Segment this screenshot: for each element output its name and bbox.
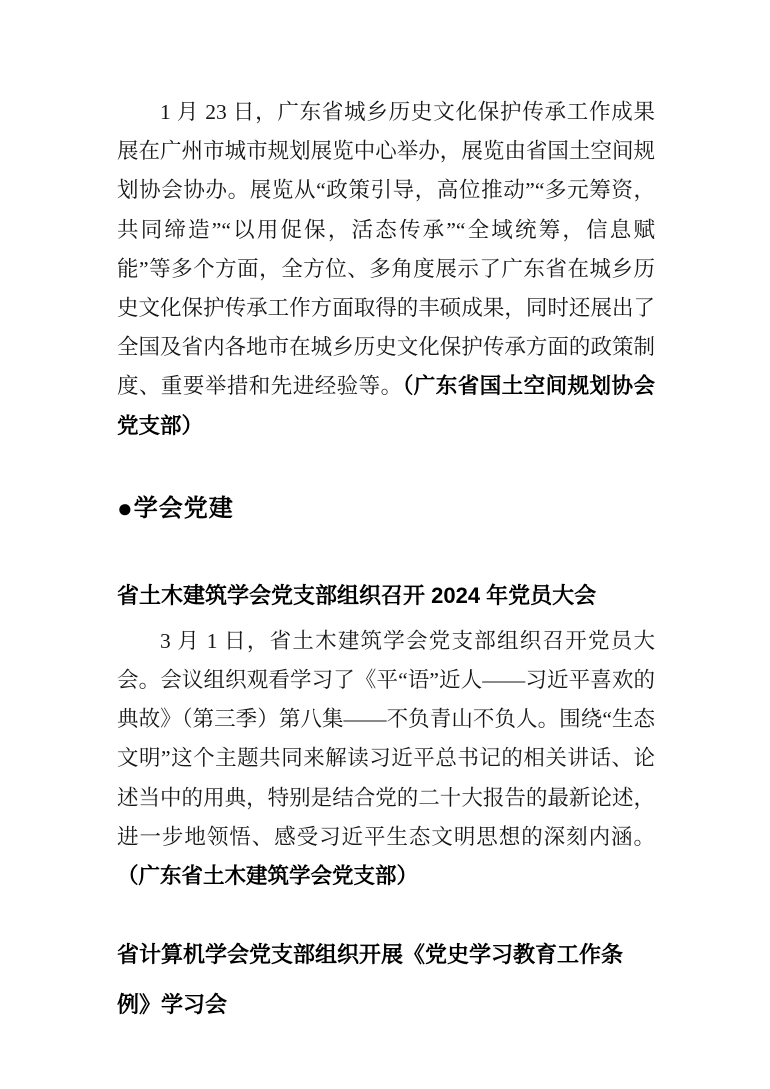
document-page: 1 月 23 日，广东省城乡历史文化保护传承工作成果展在广州市城市规划展览中心举…	[0, 0, 770, 1089]
section-heading-label: 学会党建	[134, 495, 234, 522]
bullet-icon: ●	[117, 493, 134, 523]
article-title-computer-society-study: 省计算机学会党支部组织开展《党史学习教育工作条例》学习会	[117, 930, 655, 1030]
paragraph-civil-engineering-meeting: 3 月 1 日，省土木建筑学会党支部组织召开党员大会。会议组织观看学习了《平“语…	[117, 622, 655, 896]
paragraph-civil-engineering-meeting-attribution: （广东省土木建筑学会党支部）	[117, 864, 418, 888]
paragraph-heritage-exhibition: 1 月 23 日，广东省城乡历史文化保护传承工作成果展在广州市城市规划展览中心举…	[117, 93, 655, 446]
paragraph-civil-engineering-meeting-text: 3 月 1 日，省土木建筑学会党支部组织召开党员大会。会议组织观看学习了《平“语…	[117, 629, 655, 849]
article-title-civil-engineering-meeting: 省土木建筑学会党支部组织召开 2024 年党员大会	[117, 571, 655, 621]
document-content: 1 月 23 日，广东省城乡历史文化保护传承工作成果展在广州市城市规划展览中心举…	[117, 0, 655, 1030]
section-heading-party-building: ●学会党建	[117, 490, 655, 527]
paragraph-heritage-exhibition-text: 1 月 23 日，广东省城乡历史文化保护传承工作成果展在广州市城市规划展览中心举…	[117, 100, 655, 398]
